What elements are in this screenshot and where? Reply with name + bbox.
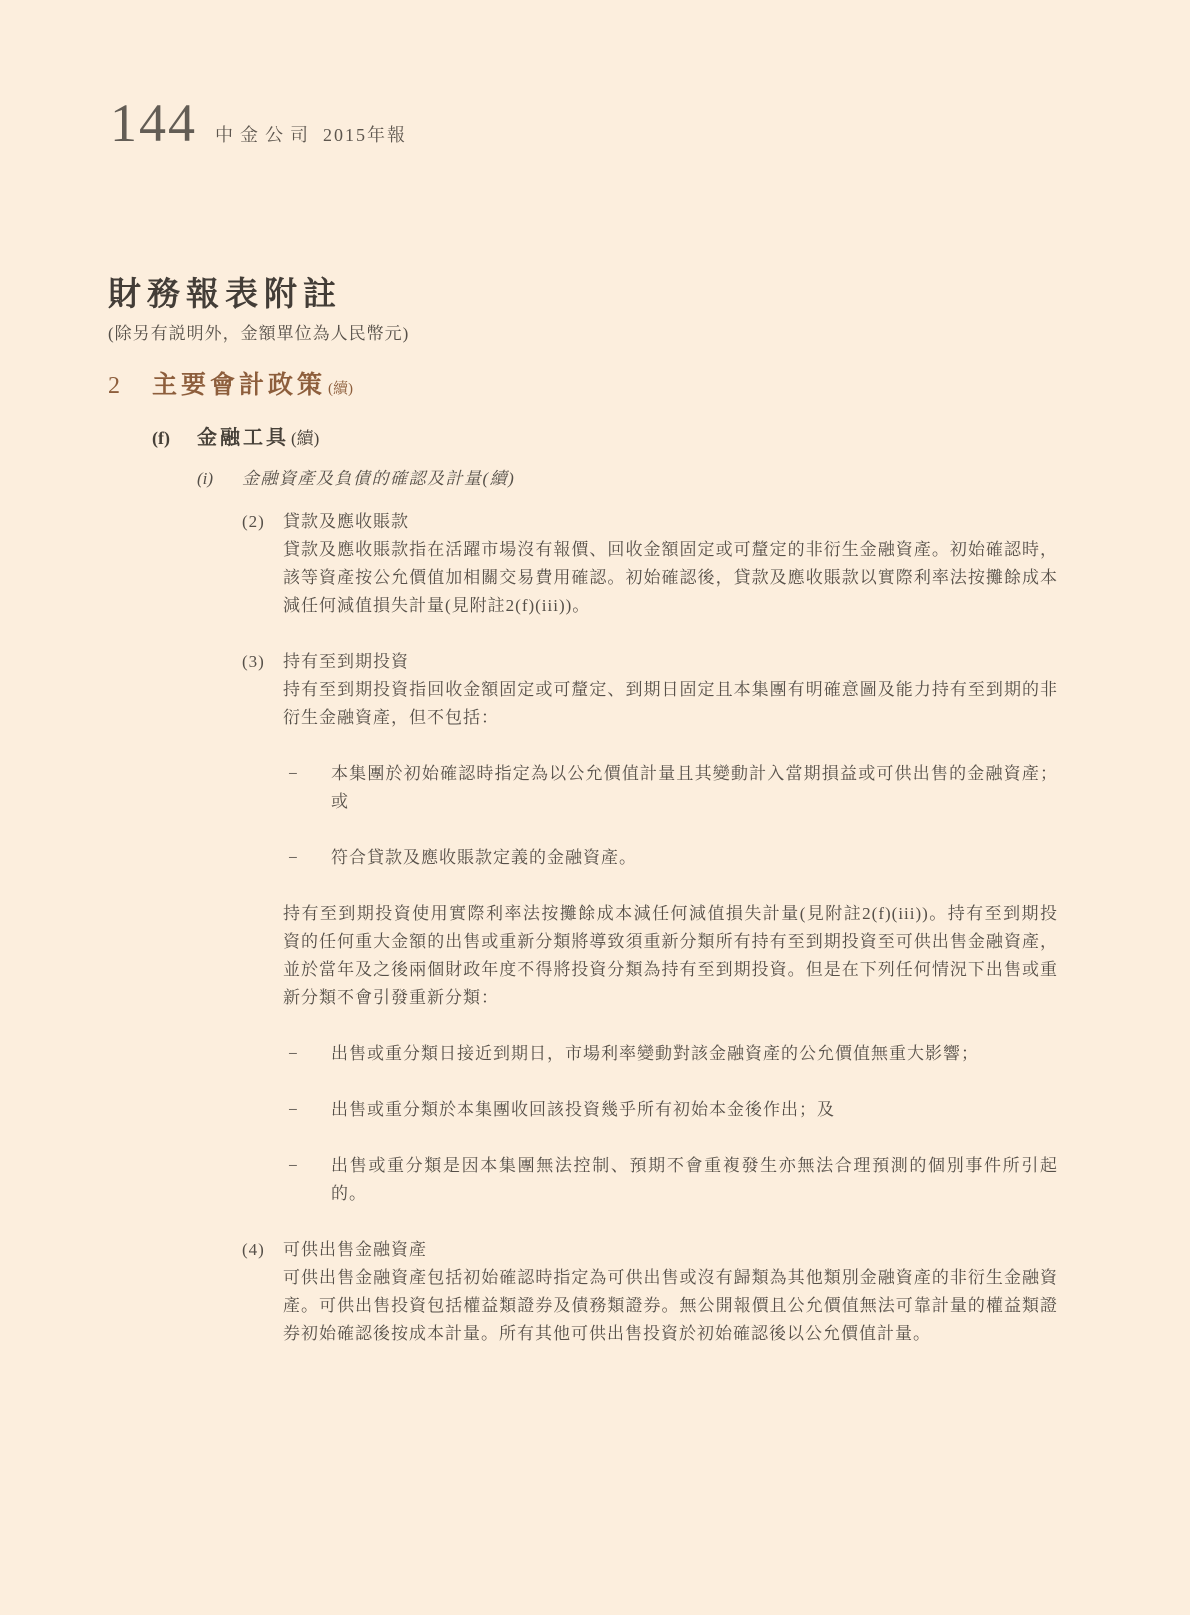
item-text: 持有至到期投資指回收金額固定或可釐定、到期日固定且本集團有明確意圖及能力持有至到…	[283, 676, 1058, 732]
item-heading: 可供出售金融資產	[283, 1236, 1058, 1264]
section-heading-2: 2 主要會計政策 (續)	[108, 369, 1058, 406]
note-item-2: (2) 貸款及應收賬款 貸款及應收賬款指在活躍市場沒有報價、回收金額固定或可釐定…	[242, 508, 1058, 620]
dash-icon: −	[283, 844, 331, 872]
item-text: 可供出售金融資產包括初始確認時指定為可供出售或沒有歸類為其他類別金融資產的非衍生…	[283, 1264, 1058, 1348]
dash-icon: −	[283, 1096, 331, 1124]
report-identifier: 中金公司2015年報	[215, 121, 407, 147]
subsection-title: 金融工具	[197, 424, 289, 452]
report-page: 144 中金公司2015年報 財務報表附註 (除另有説明外，金額單位為人民幣元)…	[0, 0, 1190, 1615]
note-item-4: (4) 可供出售金融資產 可供出售金融資產包括初始確認時指定為可供出售或沒有歸類…	[242, 1236, 1058, 1348]
item-label: (3)	[242, 648, 283, 732]
dash-icon: −	[283, 760, 331, 816]
bullet-text: 出售或重分類於本集團收回該投資幾乎所有初始本金後作出；及	[331, 1096, 1058, 1124]
subsection-heading-f: (f) 金融工具 (續)	[152, 424, 1058, 453]
subsection-continued-marker: (續)	[291, 425, 319, 453]
dash-icon: −	[283, 1152, 331, 1208]
subsubsection-label: (i)	[197, 466, 242, 492]
main-content: 財務報表附註 (除另有説明外，金額單位為人民幣元) 2 主要會計政策 (續) (…	[108, 276, 1058, 1348]
item-text: 貸款及應收賬款指在活躍市場沒有報價、回收金額固定或可釐定的非衍生金融資產。初始確…	[283, 536, 1058, 620]
bullet-text: 出售或重分類是因本集團無法控制、預期不會重複發生亦無法合理預測的個別事件所引起的…	[331, 1152, 1058, 1208]
bullet-item: − 出售或重分類於本集團收回該投資幾乎所有初始本金後作出；及	[283, 1096, 1058, 1124]
page-number: 144	[110, 96, 197, 150]
paragraph: 持有至到期投資使用實際利率法按攤餘成本減任何減值損失計量(見附註2(f)(iii…	[242, 900, 1058, 1012]
bullet-text: 出售或重分類日接近到期日，市場利率變動對該金融資產的公允價值無重大影響；	[331, 1040, 1058, 1068]
company-name: 中金公司	[215, 125, 315, 145]
running-header: 144 中金公司2015年報	[110, 96, 407, 150]
bullet-item: − 本集團於初始確認時指定為以公允價值計量且其變動計入當期損益或可供出售的金融資…	[283, 760, 1058, 816]
dash-icon: −	[283, 1040, 331, 1068]
page-title: 財務報表附註	[108, 276, 1058, 314]
report-year: 2015年報	[323, 125, 407, 145]
subsubsection-title: 金融資產及負債的確認及計量(續)	[242, 466, 515, 492]
page-subtitle: (除另有説明外，金額單位為人民幣元)	[108, 321, 1058, 347]
paragraph-text: 持有至到期投資使用實際利率法按攤餘成本減任何減值損失計量(見附註2(f)(iii…	[283, 900, 1058, 1012]
section-title: 主要會計政策	[152, 369, 326, 403]
item-label: (4)	[242, 1236, 283, 1348]
subsection-label: (f)	[152, 424, 197, 452]
subsubsection-heading-i: (i) 金融資產及負債的確認及計量(續)	[197, 466, 1058, 492]
item-label: (2)	[242, 508, 283, 620]
bullet-item: − 符合貸款及應收賬款定義的金融資產。	[283, 844, 1058, 872]
bullet-item: − 出售或重分類日接近到期日，市場利率變動對該金融資產的公允價值無重大影響；	[283, 1040, 1058, 1068]
bullet-text: 本集團於初始確認時指定為以公允價值計量且其變動計入當期損益或可供出售的金融資產；…	[331, 760, 1058, 816]
item-heading: 貸款及應收賬款	[283, 508, 1058, 536]
bullet-text: 符合貸款及應收賬款定義的金融資產。	[331, 844, 1058, 872]
note-body: (2) 貸款及應收賬款 貸款及應收賬款指在活躍市場沒有報價、回收金額固定或可釐定…	[242, 508, 1058, 1348]
bullet-item: − 出售或重分類是因本集團無法控制、預期不會重複發生亦無法合理預測的個別事件所引…	[283, 1152, 1058, 1208]
section-continued-marker: (續)	[328, 372, 353, 406]
item-heading: 持有至到期投資	[283, 648, 1058, 676]
note-item-3: (3) 持有至到期投資 持有至到期投資指回收金額固定或可釐定、到期日固定且本集團…	[242, 648, 1058, 732]
section-number: 2	[108, 369, 152, 403]
